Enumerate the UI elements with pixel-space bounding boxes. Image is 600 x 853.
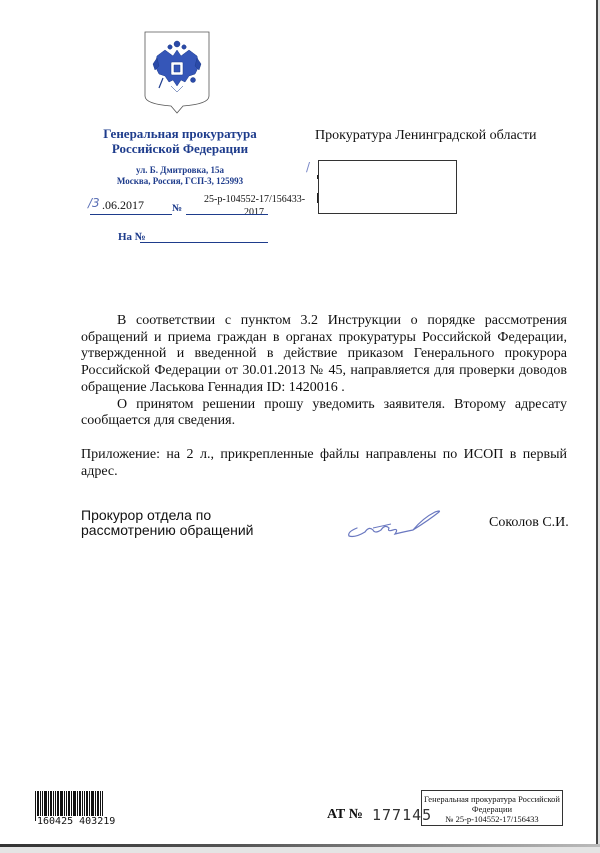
form-series-label: АТ №	[327, 807, 363, 823]
barcode-number: 160425 403219	[36, 816, 116, 827]
number-underline	[186, 214, 268, 215]
number-label: №	[172, 203, 182, 214]
org-address-line1: ул. Б. Дмитровка, 15а	[80, 165, 280, 176]
attachment-note: Приложение: на 2 л., прикрепленные файлы…	[81, 447, 567, 480]
org-name-line2: Российской Федерации	[80, 141, 280, 156]
handwritten-signature-icon	[343, 508, 443, 540]
stamp-line3: № 25-р-104552-17/156433	[422, 814, 562, 824]
body-paragraph-1: В соответствии с пунктом 3.2 Инструкции …	[81, 313, 567, 397]
org-address-line2: Москва, Россия, ГСП-3, 125993	[80, 176, 280, 187]
stamp-line2: Федерации	[422, 804, 562, 814]
date-value: .06.2017	[102, 198, 144, 213]
outgoing-number-line1: 25-р-104552-17/156433-	[204, 194, 305, 205]
stamp-line1: Генеральная прокуратура Российской	[422, 794, 562, 804]
signatory-title-line1: Прокурор отдела по	[81, 508, 254, 523]
reply-to-underline	[140, 242, 268, 243]
body-paragraph-2: О принятом решении прошу уведомить заяви…	[81, 397, 567, 430]
org-address: ул. Б. Дмитровка, 15а Москва, Россия, ГС…	[80, 165, 280, 187]
scan-edge-bottom-shadow	[0, 847, 600, 853]
date-underline	[90, 214, 172, 215]
signatory-title-line2: рассмотрению обращений	[81, 523, 254, 538]
coat-of-arms-icon	[143, 30, 211, 114]
handwritten-mark: /	[306, 160, 310, 174]
addressee-primary: Прокуратура Ленинградской области	[315, 128, 536, 144]
redacted-addressee-box	[318, 160, 457, 214]
date-handwritten-day: /3	[88, 196, 100, 210]
letter-body: В соответствии с пунктом 3.2 Инструкции …	[81, 313, 567, 480]
registration-stamp: Генеральная прокуратура Российской Федер…	[421, 790, 563, 826]
signatory-name: Соколов С.И.	[489, 515, 569, 531]
org-name-line1: Генеральная прокуратура	[80, 126, 280, 141]
org-name: Генеральная прокуратура Российской Федер…	[80, 126, 280, 156]
outgoing-number-line2: 2017	[244, 207, 264, 218]
signatory-title: Прокурор отдела по рассмотрению обращени…	[81, 508, 254, 538]
